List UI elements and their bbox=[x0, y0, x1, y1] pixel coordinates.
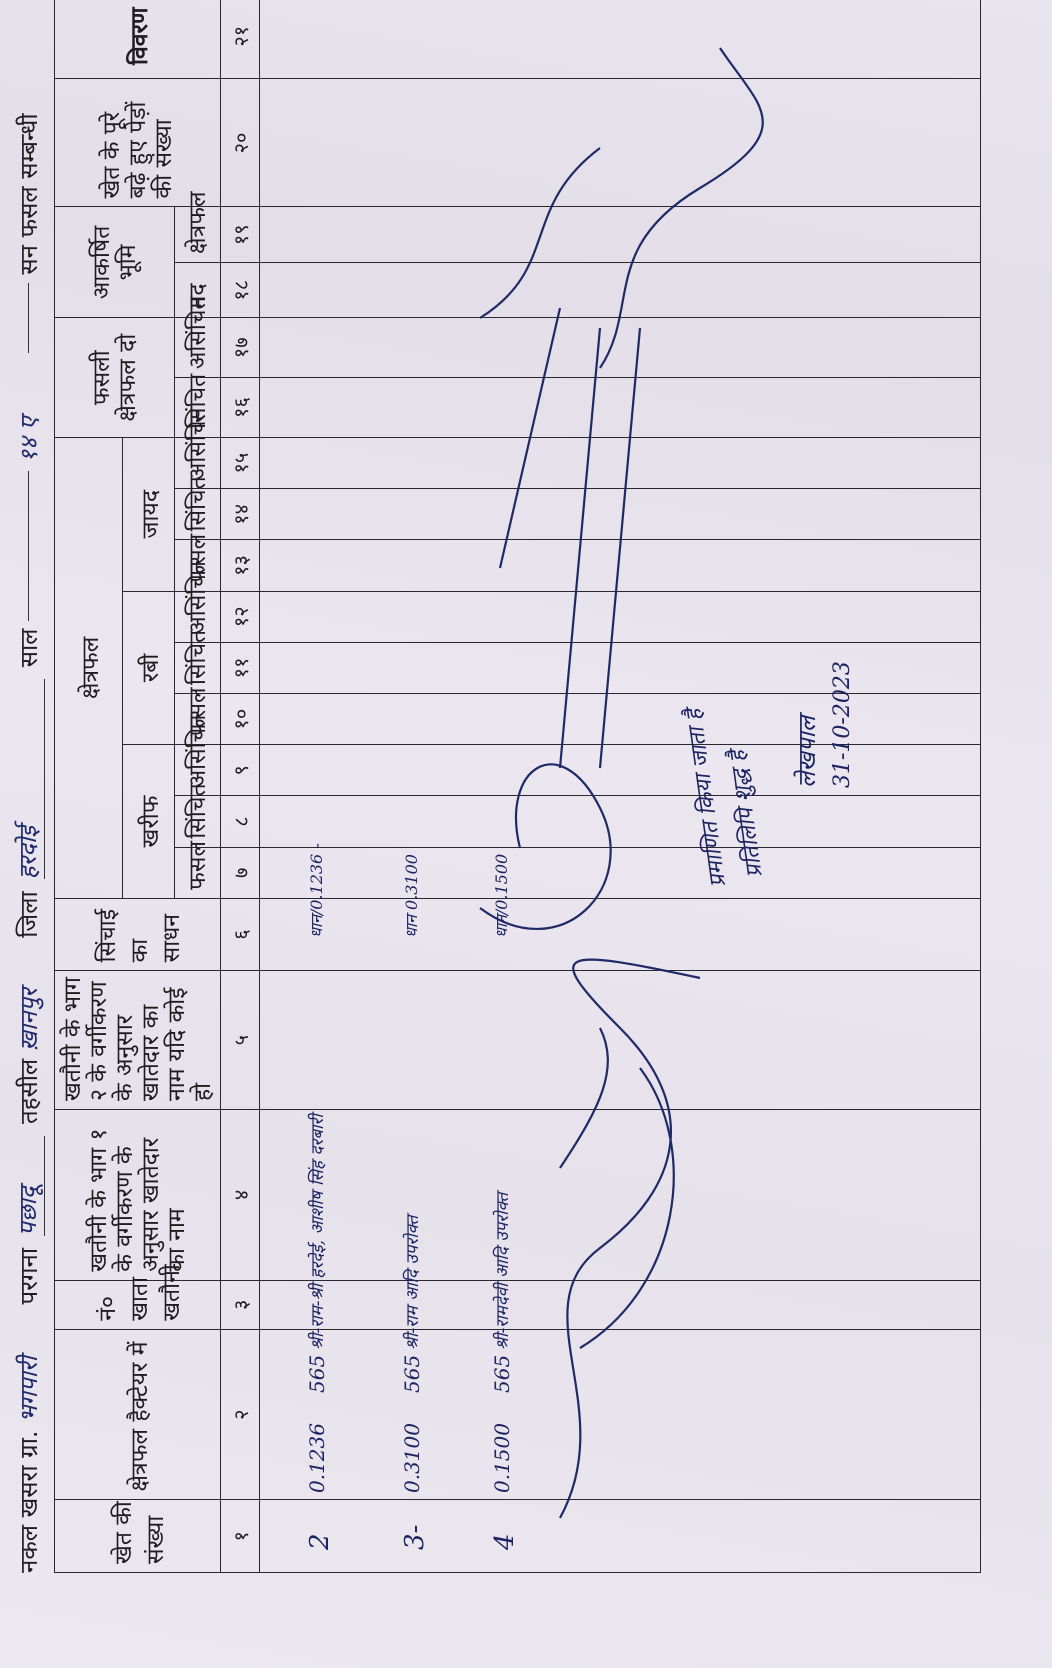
khasra-form-sheet: नकल खसरा ग्रा. भगपारी परगना पछादू तहसील … bbox=[0, 0, 1052, 1668]
pen-scribbles bbox=[0, 0, 1052, 1668]
